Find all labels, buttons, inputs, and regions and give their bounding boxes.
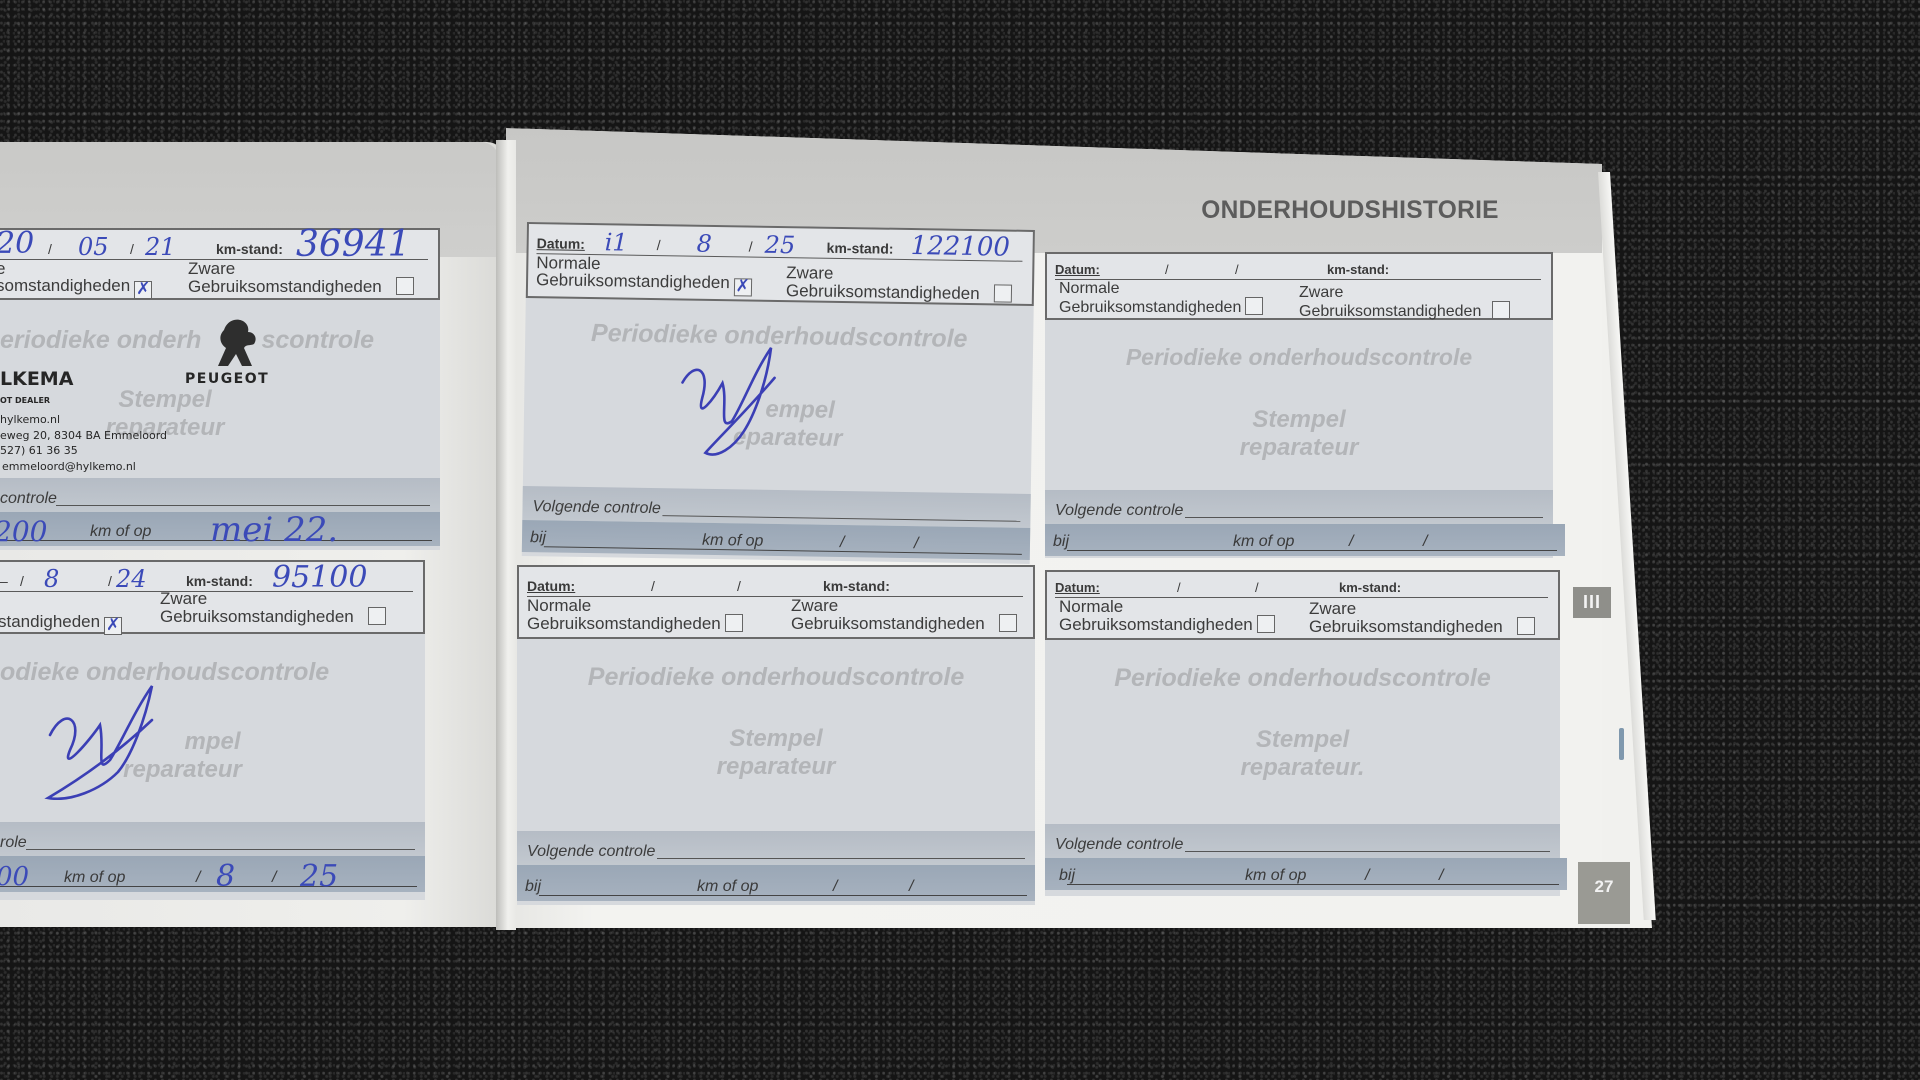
normale-checkbox[interactable] <box>725 614 743 632</box>
stamp-repairer-watermark: Stempelreparateur <box>1045 406 1553 462</box>
entry-card-right-top: Datum: / / km-stand: Normale Gebruiksoms… <box>1045 252 1553 558</box>
zware-checkbox[interactable] <box>1517 617 1535 635</box>
handwritten-km-stand: 122100 <box>910 231 1010 263</box>
km-stand-label: km-stand: <box>216 241 283 257</box>
stamp-repairer-watermark: Stempelreparateur. <box>1045 726 1560 782</box>
book-spine <box>496 140 516 930</box>
dealer-address: eweg 20, 8304 BA Emmeloord <box>0 429 167 442</box>
dealer-subtitle: OT DEALER <box>0 396 50 405</box>
stamp-repairer-watermark: empeleparateur <box>543 392 1032 456</box>
handwritten-next-date: mei 22. <box>210 510 338 550</box>
next-check-when-row: bij km of op / / <box>1045 524 1565 556</box>
zware-option: Zware Gebruiksomstandigheden <box>188 260 414 295</box>
signature <box>40 680 170 800</box>
normale-checkbox[interactable]: ✗ <box>104 617 122 635</box>
handwritten-year: 25 <box>764 231 795 259</box>
handwritten-next-km: 00 <box>0 862 29 892</box>
bookmark-ribbon <box>1619 728 1624 760</box>
datum-label: Datum: <box>537 235 585 252</box>
handwritten-month: 8 <box>696 230 712 258</box>
handwritten-year: 21 <box>145 233 176 261</box>
entry-header: Datum: / / km-stand: Normale Gebruiksoms… <box>517 565 1035 639</box>
zware-option: Zware Gebruiksomstandigheden <box>1309 600 1535 635</box>
date-separator: / <box>130 241 134 257</box>
handwritten-next-year: 25 <box>300 859 338 894</box>
normale-option: standigheden✗ <box>0 596 122 635</box>
next-check-row: controle <box>0 478 440 512</box>
normale-checkbox[interactable]: ✗ <box>134 281 152 299</box>
normale-option: e somstandigheden✗ <box>0 260 152 299</box>
next-check-when-row: bij km of op / / <box>522 520 1030 560</box>
entry-card-left-top: 20 / 05 / 21 km-stand: 36941 e somstandi… <box>0 228 440 550</box>
entry-header: 20 / 05 / 21 km-stand: 36941 e somstandi… <box>0 228 440 300</box>
dealer-name: LKEMA <box>0 368 73 390</box>
date-km-line: Datum: / / km-stand: <box>527 573 1023 597</box>
next-check-row: Volgende controle <box>1045 490 1553 524</box>
entry-card-middle-bottom: Datum: / / km-stand: Normale Gebruiksoms… <box>517 565 1035 905</box>
zware-option: Zware Gebruiksomstandigheden <box>791 597 1017 632</box>
entry-header: – / 8 / 24 km-stand: 95100 standigheden✗… <box>0 560 425 634</box>
next-check-when-row: bij km of op / / <box>1045 858 1567 890</box>
dealer-website: hylkemo.nl <box>0 413 60 426</box>
handwritten-month: 8 <box>44 565 59 593</box>
entry-card-middle-top: Datum: i1 / 8 / 25 km-stand: 122100 Norm… <box>522 222 1035 564</box>
date-km-line: Datum: / / km-stand: <box>1055 578 1548 598</box>
normale-option: Normale Gebruiksomstandigheden <box>527 597 743 632</box>
normale-option: Normale Gebruiksomstandigheden✗ <box>536 254 752 296</box>
zware-checkbox[interactable] <box>368 607 386 625</box>
handwritten-year: 24 <box>116 565 147 593</box>
signature <box>673 342 785 464</box>
next-check-when-row: 00 km of op / 8 / 25 <box>0 856 425 892</box>
peugeot-lion-icon <box>212 318 262 370</box>
km-of-op-label: km of op <box>90 523 151 541</box>
page-number: 27 <box>1578 862 1630 924</box>
periodic-check-watermark: Periodieke onderhoudscontrole <box>1045 344 1553 371</box>
handwritten-day: 20 <box>0 226 34 261</box>
stamp-repairer-watermark: Stempelreparateur <box>517 725 1035 781</box>
zware-checkbox[interactable] <box>396 277 414 295</box>
section-tab: III <box>1573 587 1611 618</box>
next-check-row: Volgende controle <box>517 831 1035 865</box>
date-km-line: Datum: / / km-stand: <box>1055 260 1541 280</box>
km-stand-label: km-stand: <box>827 240 894 257</box>
entry-header: Datum: / / km-stand: Normale Gebruiksoms… <box>1045 252 1553 320</box>
entry-card-left-bottom: – / 8 / 24 km-stand: 95100 standigheden✗… <box>0 560 425 900</box>
normale-checkbox[interactable] <box>1245 297 1263 315</box>
normale-option: Normale Gebruiksomstandigheden <box>1059 280 1263 316</box>
zware-checkbox[interactable] <box>999 614 1017 632</box>
entry-header: Datum: / / km-stand: Normale Gebruiksoms… <box>1045 570 1560 640</box>
zware-option: Zware Gebruiksomstandigheden <box>160 590 386 625</box>
next-check-when-row: 200 km of op mei 22. <box>0 512 440 546</box>
entry-header: Datum: i1 / 8 / 25 km-stand: 122100 Norm… <box>526 222 1035 306</box>
periodic-check-watermark: Periodieke onderhoudscontrole <box>1045 664 1560 693</box>
date-km-line: 20 / 05 / 21 km-stand: 36941 <box>0 236 428 260</box>
zware-checkbox[interactable] <box>1492 301 1510 319</box>
normale-option: Normale Gebruiksomstandigheden <box>1059 598 1275 633</box>
periodic-check-watermark: Periodieke onderhoudscontrole <box>517 663 1035 692</box>
dealer-phone: 527) 61 36 35 <box>0 444 78 457</box>
page-title: ONDERHOUDSHISTORIE <box>1201 196 1524 225</box>
dealer-brand: PEUGEOT <box>185 371 269 387</box>
zware-checkbox[interactable] <box>994 284 1012 302</box>
normale-checkbox[interactable]: ✗ <box>734 278 752 296</box>
dealer-email: emmeloord@hylkemo.nl <box>2 460 136 473</box>
entry-card-right-bottom: Datum: / / km-stand: Normale Gebruiksoms… <box>1045 570 1560 896</box>
handwritten-next-month: 8 <box>216 859 235 894</box>
next-check-row: Volgende controle <box>1045 824 1560 858</box>
handwritten-month: 05 <box>78 233 109 261</box>
zware-option: Zware Gebruiksomstandigheden <box>1299 284 1510 320</box>
handwritten-km-stand: 36941 <box>296 224 411 265</box>
next-check-row: role <box>0 822 425 856</box>
handwritten-next-km: 200 <box>0 515 47 548</box>
normale-checkbox[interactable] <box>1257 615 1275 633</box>
next-check-when-row: bij km of op / / <box>517 865 1035 901</box>
km-stand-label: km-stand: <box>186 573 253 589</box>
handwritten-day: i1 <box>604 228 627 256</box>
zware-option: Zware Gebruiksomstandigheden <box>786 264 1013 303</box>
date-separator: / <box>48 241 52 257</box>
